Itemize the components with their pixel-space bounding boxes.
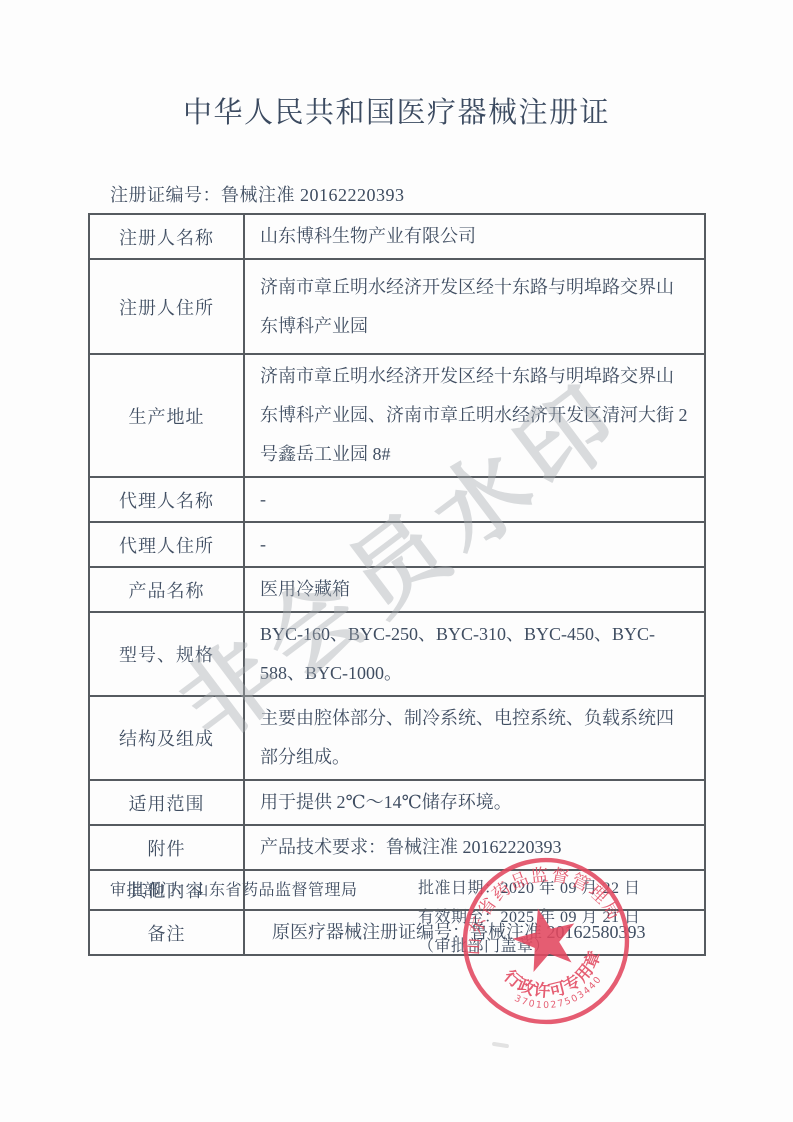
table-row-scope: 适用范围用于提供 2℃～14℃储存环境。: [89, 780, 705, 825]
row-label: 产品名称: [89, 567, 244, 612]
row-value: BYC-160、BYC-250、BYC-310、BYC-450、BYC-588、…: [244, 612, 705, 696]
table-row-agent-address: 代理人住所-: [89, 522, 705, 567]
row-label: 型号、规格: [89, 612, 244, 696]
seal-star-icon: [507, 901, 583, 975]
row-label: 附件: [89, 825, 244, 870]
certificate-page: 中华人民共和国医疗器械注册证 注册证编号：鲁械注准 20162220393 注册…: [0, 0, 793, 1122]
certificate-table: 注册人名称山东博科生物产业有限公司 注册人住所济南市章丘明水经济开发区经十东路与…: [88, 213, 706, 956]
row-label: 代理人住所: [89, 522, 244, 567]
table-row-structure: 结构及组成主要由腔体部分、制冷系统、电控系统、负载系统四部分组成。: [89, 696, 705, 780]
table-row-production-address: 生产地址济南市章丘明水经济开发区经十东路与明埠路交界山东博科产业园、济南市章丘明…: [89, 354, 705, 477]
table-row-registrant-address: 注册人住所济南市章丘明水经济开发区经十东路与明埠路交界山东博科产业园: [89, 259, 705, 354]
table-row-product-name: 产品名称医用冷藏箱: [89, 567, 705, 612]
row-label: 适用范围: [89, 780, 244, 825]
row-value: 济南市章丘明水经济开发区经十东路与明埠路交界山东博科产业园、济南市章丘明水经济开…: [244, 354, 705, 477]
row-label: 结构及组成: [89, 696, 244, 780]
row-value: 产品技术要求：鲁械注准 20162220393: [244, 825, 705, 870]
row-value: -: [244, 477, 705, 522]
row-label: 其他内容: [89, 870, 244, 910]
row-label: 注册人名称: [89, 214, 244, 259]
row-value: 山东博科生物产业有限公司: [244, 214, 705, 259]
row-value: 主要由腔体部分、制冷系统、电控系统、负载系统四部分组成。: [244, 696, 705, 780]
row-value: 用于提供 2℃～14℃储存环境。: [244, 780, 705, 825]
registration-number-line: 注册证编号：鲁械注准 20162220393: [110, 181, 405, 207]
row-value: 济南市章丘明水经济开发区经十东路与明埠路交界山东博科产业园: [244, 259, 705, 354]
certificate-title: 中华人民共和国医疗器械注册证: [0, 90, 793, 131]
registration-number-value: 鲁械注准 20162220393: [221, 185, 405, 205]
row-value: -: [244, 522, 705, 567]
table-row-model-spec: 型号、规格BYC-160、BYC-250、BYC-310、BYC-450、BYC…: [89, 612, 705, 696]
row-label: 生产地址: [89, 354, 244, 477]
row-label: 备注: [89, 910, 244, 955]
registration-number-label: 注册证编号：: [110, 185, 221, 205]
table-row-registrant-name: 注册人名称山东博科生物产业有限公司: [89, 214, 705, 259]
row-label: 代理人名称: [89, 477, 244, 522]
row-label: 注册人住所: [89, 259, 244, 354]
table-row-agent-name: 代理人名称-: [89, 477, 705, 522]
row-value: 医用冷藏箱: [244, 567, 705, 612]
